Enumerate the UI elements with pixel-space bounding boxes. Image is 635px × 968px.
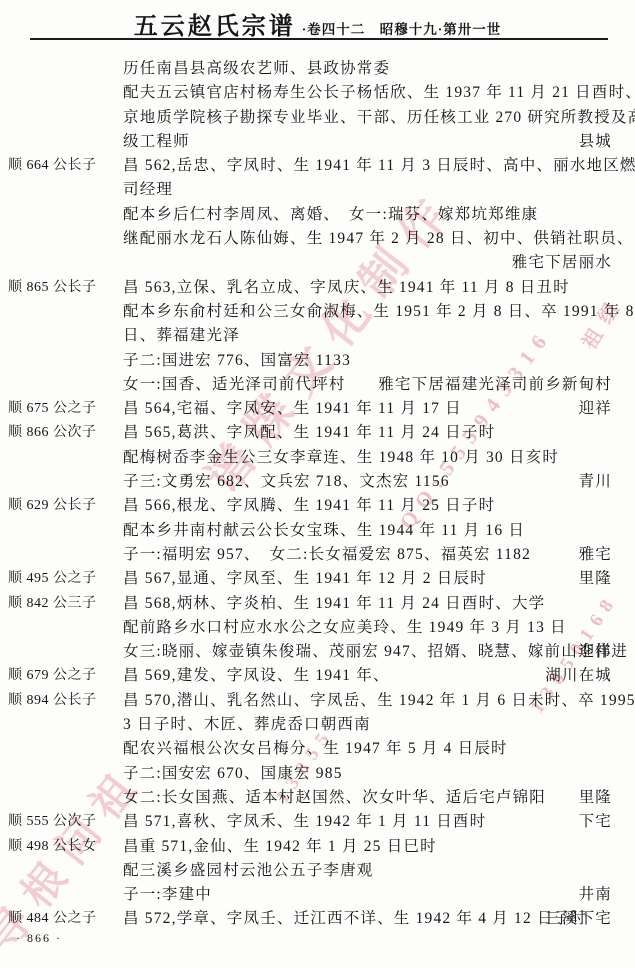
genealogy-row: 女二:长女国燕、适本村赵国然、次女叶华、适后宅卢锦阳 里隆 — [8, 786, 612, 810]
row-place: 迎祥 — [579, 640, 612, 664]
genealogy-row: 配三溪乡盛园村云池公五子李唐观 — [8, 859, 612, 883]
row-place: 井南 — [579, 883, 612, 907]
row-text: 历任南昌县高级农艺师、县政协常委 — [123, 57, 390, 81]
genealogy-row: 雅宅下居丽水 — [8, 251, 612, 275]
genealogy-row: 配本乡东俞村廷和公三女俞淑梅、生 1951 年 2 月 8 日、卒 1991 年… — [8, 300, 612, 324]
row-lineage-label: 顺 495 公之子 — [8, 567, 97, 591]
row-text: 配本乡东俞村廷和公三女俞淑梅、生 1951 年 2 月 8 日、卒 1991 年… — [123, 300, 635, 324]
row-lineage-label: 顺 866 公次子 — [8, 421, 97, 445]
genealogy-row: 配夫五云镇官店村杨寿生公长子杨恬欣、生 1937 年 11 月 21 日酉时、北 — [8, 81, 612, 105]
genealogy-row: 子二:国安宏 670、国康宏 985 — [8, 762, 612, 786]
row-lineage-label: 顺 865 公长子 — [8, 276, 97, 300]
row-place: 迎祥 — [579, 397, 612, 421]
row-place: 里隆 — [579, 567, 612, 591]
genealogy-row: 配农兴福根公次女吕梅分、生 1947 年 5 月 4 日辰时 — [8, 737, 612, 761]
row-place: 雅宅 — [579, 543, 612, 567]
row-lineage-label: 顺 894 公长子 — [8, 689, 97, 713]
row-lineage-label: 顺 679 公之子 — [8, 664, 97, 688]
genealogy-row: 日、葬福建光泽 — [8, 324, 612, 348]
genealogy-row: 3 日子时、木匠、葬虎岙口朝西南 — [8, 713, 612, 737]
genealogy-row: 京地质学院核子勘探专业毕业、干部、历任核工业 270 研究所教授及高 — [8, 106, 612, 130]
row-text: 子一:福明宏 957、 女二:长女福爱宏 875、福英宏 1182 — [123, 543, 531, 567]
row-place: 雅宅下居丽水 — [512, 251, 612, 275]
row-lineage-label: 顺 842 公三子 — [8, 592, 97, 616]
row-lineage-label: 顺 498 公长女 — [8, 835, 97, 859]
genealogy-row: 顺 495 公之子 昌 567,显通、字凤至、生 1941 年 12 月 2 日… — [8, 567, 612, 591]
row-text: 昌 563,立保、乳名立成、字凤庆、生 1941 年 11 月 8 日丑时 — [123, 276, 570, 300]
row-text: 昌 568,炳林、字炎柏、生 1941 年 11 月 24 日酉时、大学 — [123, 592, 545, 616]
row-place: 雅宅下居福建光泽司前乡新甸村 — [378, 373, 612, 397]
genealogy-row: 顺 866 公次子 昌 565,葛洪、字凤配、生 1941 年 11 月 24 … — [8, 421, 612, 445]
row-text: 配三溪乡盛园村云池公五子李唐观 — [123, 859, 374, 883]
genealogy-row: 顺 629 公长子 昌 566,根龙、字凤腾、生 1941 年 11 月 25 … — [8, 494, 612, 518]
row-text: 京地质学院核子勘探专业毕业、干部、历任核工业 270 研究所教授及高 — [123, 106, 635, 130]
row-text: 3 日子时、木匠、葬虎岙口朝西南 — [123, 713, 371, 737]
row-text: 昌 565,葛洪、字凤配、生 1941 年 11 月 24 日子时 — [123, 421, 495, 445]
row-text: 子三:文勇宏 682、文兵宏 718、文杰宏 1156 — [123, 470, 450, 494]
row-text: 女二:长女国燕、适本村赵国然、次女叶华、适后宅卢锦阳 — [123, 786, 546, 810]
genealogy-row: 子一:李建中 井南 — [8, 883, 612, 907]
page-header: 五云赵氏宗谱 ·卷四十二 昭穆十九·第卅一世 — [0, 6, 635, 41]
genealogy-row: 顺 894 公长子 昌 570,潜山、乳名然山、字凤岳、生 1942 年 1 月… — [8, 689, 612, 713]
genealogy-row: 顺 842 公三子 昌 568,炳林、字炎柏、生 1941 年 11 月 24 … — [8, 592, 612, 616]
row-place: 县城 — [579, 130, 612, 154]
row-lineage-label: 顺 484 公之子 — [8, 907, 97, 931]
row-place: 下宅 — [579, 810, 612, 834]
row-place: 三溪下宅 — [545, 907, 612, 931]
row-text: 配前路乡水口村应水水公之女应美玲、生 1949 年 3 月 13 日 — [123, 616, 567, 640]
row-place: 青川 — [579, 470, 612, 494]
row-text: 配本乡井南村献云公长女宝珠、生 1944 年 11 月 16 日 — [123, 519, 525, 543]
genealogy-row: 子二:国进宏 776、国富宏 1133 — [8, 349, 612, 373]
row-text: 昌 564,宅福、字凤安、生 1941 年 11 月 17 日 — [123, 397, 462, 421]
row-lineage-label: 顺 664 公长子 — [8, 154, 97, 178]
genealogy-row: 顺 498 公长女 昌重 571,金仙、生 1942 年 1 月 25 日巳时 — [8, 835, 612, 859]
genealogy-row: 配前路乡水口村应水水公之女应美玲、生 1949 年 3 月 13 日 — [8, 616, 612, 640]
row-place: 里隆 — [579, 786, 612, 810]
row-text: 配夫五云镇官店村杨寿生公长子杨恬欣、生 1937 年 11 月 21 日酉时、北 — [123, 81, 635, 105]
row-text: 昌重 571,金仙、生 1942 年 1 月 25 日巳时 — [123, 835, 437, 859]
genealogy-row: 顺 664 公长子 昌 562,岳忠、字凤时、生 1941 年 11 月 3 日… — [8, 154, 612, 178]
row-text: 配梅树岙李金生公三女李章连、生 1948 年 10 月 30 日亥时 — [123, 446, 559, 470]
page-title: 五云赵氏宗谱 — [134, 6, 296, 41]
row-lineage-label: 顺 555 公次子 — [8, 810, 97, 834]
genealogy-row: 级工程师 县城 — [8, 130, 612, 154]
row-text: 继配丽水龙石人陈仙娒、生 1947 年 2 月 28 日、初中、供销社职员、 — [123, 227, 634, 251]
genealogy-page: 谱牒文化制作寻根问祖QQ:55594331613850168祖组13855 五云… — [0, 0, 635, 968]
row-text: 子二:国进宏 776、国富宏 1133 — [123, 349, 351, 373]
row-text: 昌 567,显通、字凤至、生 1941 年 12 月 2 日辰时 — [123, 567, 487, 591]
row-text: 级工程师 — [123, 130, 190, 154]
row-text: 女一:国香、适光泽司前代坪村 — [123, 373, 346, 397]
row-text: 司经理 — [123, 178, 173, 202]
genealogy-row: 女一:国香、适光泽司前代坪村 雅宅下居福建光泽司前乡新甸村 — [8, 373, 612, 397]
genealogy-row: 配本乡后仁村李周凤、离婚、 女一:瑞芬、嫁郑坑郑维康 — [8, 203, 612, 227]
header-divider — [30, 38, 608, 40]
row-text: 昌 571,喜秋、字凤禾、生 1942 年 1 月 11 日酉时 — [123, 810, 486, 834]
genealogy-row: 历任南昌县高级农艺师、县政协常委 — [8, 57, 612, 81]
row-text: 昌 562,岳忠、字凤时、生 1941 年 11 月 3 日辰时、高中、丽水地区… — [123, 154, 635, 178]
row-text: 子二:国安宏 670、国康宏 985 — [123, 762, 343, 786]
page-subtitle: ·卷四十二 昭穆十九·第卅一世 — [302, 18, 502, 38]
row-text: 昌 566,根龙、字凤腾、生 1941 年 11 月 25 日子时 — [123, 494, 495, 518]
genealogy-row: 顺 675 公之子 昌 564,宅福、字凤安、生 1941 年 11 月 17 … — [8, 397, 612, 421]
row-text: 女三:晓丽、嫁壶镇朱俊瑞、茂丽宏 947、招婿、晓慧、嫁前山李伟进 — [123, 640, 628, 664]
rows: 历任南昌县高级农艺师、县政协常委 配夫五云镇官店村杨寿生公长子杨恬欣、生 193… — [8, 57, 612, 932]
row-lineage-label: 顺 675 公之子 — [8, 397, 97, 421]
genealogy-row: 配梅树岙李金生公三女李章连、生 1948 年 10 月 30 日亥时 — [8, 446, 612, 470]
genealogy-row: 女三:晓丽、嫁壶镇朱俊瑞、茂丽宏 947、招婿、晓慧、嫁前山李伟进 迎祥 — [8, 640, 612, 664]
page-number: · 866 · — [16, 931, 62, 946]
genealogy-row: 顺 555 公次子 昌 571,喜秋、字凤禾、生 1942 年 1 月 11 日… — [8, 810, 612, 834]
row-text: 日、葬福建光泽 — [123, 324, 240, 348]
genealogy-row: 子三:文勇宏 682、文兵宏 718、文杰宏 1156 青川 — [8, 470, 612, 494]
row-text: 子一:李建中 — [123, 883, 212, 907]
genealogy-row: 顺 679 公之子 昌 569,建发、字凤设、生 1941 年、 湖川在城 — [8, 664, 612, 688]
row-text: 昌 570,潜山、乳名然山、字凤岳、生 1942 年 1 月 6 日未时、卒 1… — [123, 689, 635, 713]
row-lineage-label: 顺 629 公长子 — [8, 494, 97, 518]
genealogy-row: 子一:福明宏 957、 女二:长女福爱宏 875、福英宏 1182 雅宅 — [8, 543, 612, 567]
row-place: 湖川在城 — [545, 664, 612, 688]
row-text: 配农兴福根公次女吕梅分、生 1947 年 5 月 4 日辰时 — [123, 737, 508, 761]
genealogy-row: 司经理 — [8, 178, 612, 202]
row-text: 配本乡后仁村李周凤、离婚、 女一:瑞芬、嫁郑坑郑维康 — [123, 203, 538, 227]
genealogy-row: 配本乡井南村献云公长女宝珠、生 1944 年 11 月 16 日 — [8, 519, 612, 543]
row-text: 昌 569,建发、字凤设、生 1941 年、 — [123, 664, 390, 688]
genealogy-row: 顺 865 公长子 昌 563,立保、乳名立成、字凤庆、生 1941 年 11 … — [8, 276, 612, 300]
genealogy-row: 继配丽水龙石人陈仙娒、生 1947 年 2 月 28 日、初中、供销社职员、 — [8, 227, 612, 251]
row-text: 昌 572,学章、字凤壬、迁江西不详、生 1942 年 4 月 12 日子时 — [123, 907, 587, 931]
genealogy-row: 顺 484 公之子 昌 572,学章、字凤壬、迁江西不详、生 1942 年 4 … — [8, 907, 612, 931]
